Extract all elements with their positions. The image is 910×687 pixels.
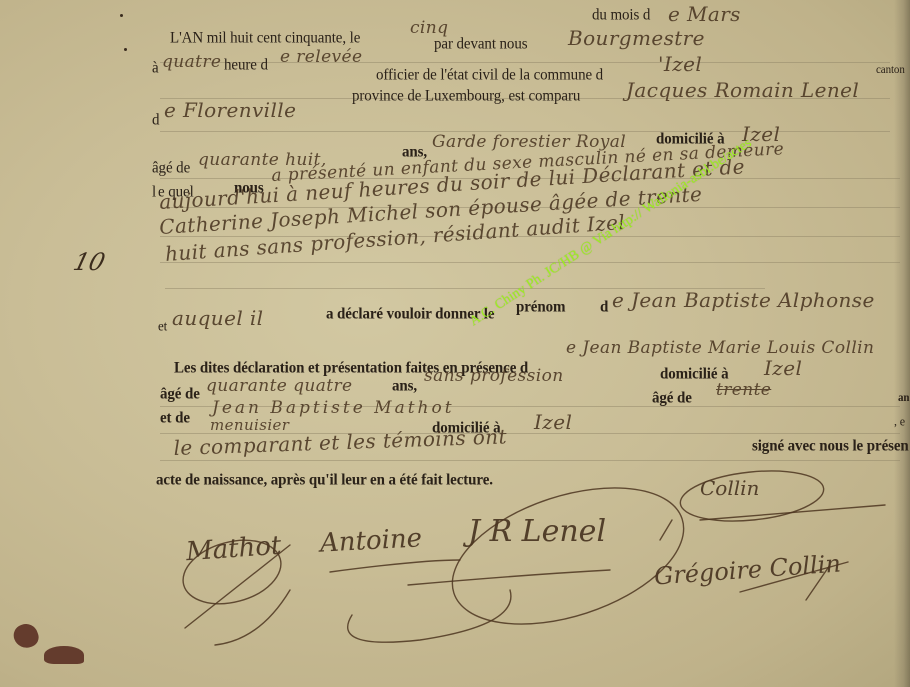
birth-certificate-page: L'AN mil huit cent cinquante, le cinq du… xyxy=(0,0,910,687)
ink-blot xyxy=(44,646,84,664)
signature-flourishes xyxy=(0,0,910,687)
